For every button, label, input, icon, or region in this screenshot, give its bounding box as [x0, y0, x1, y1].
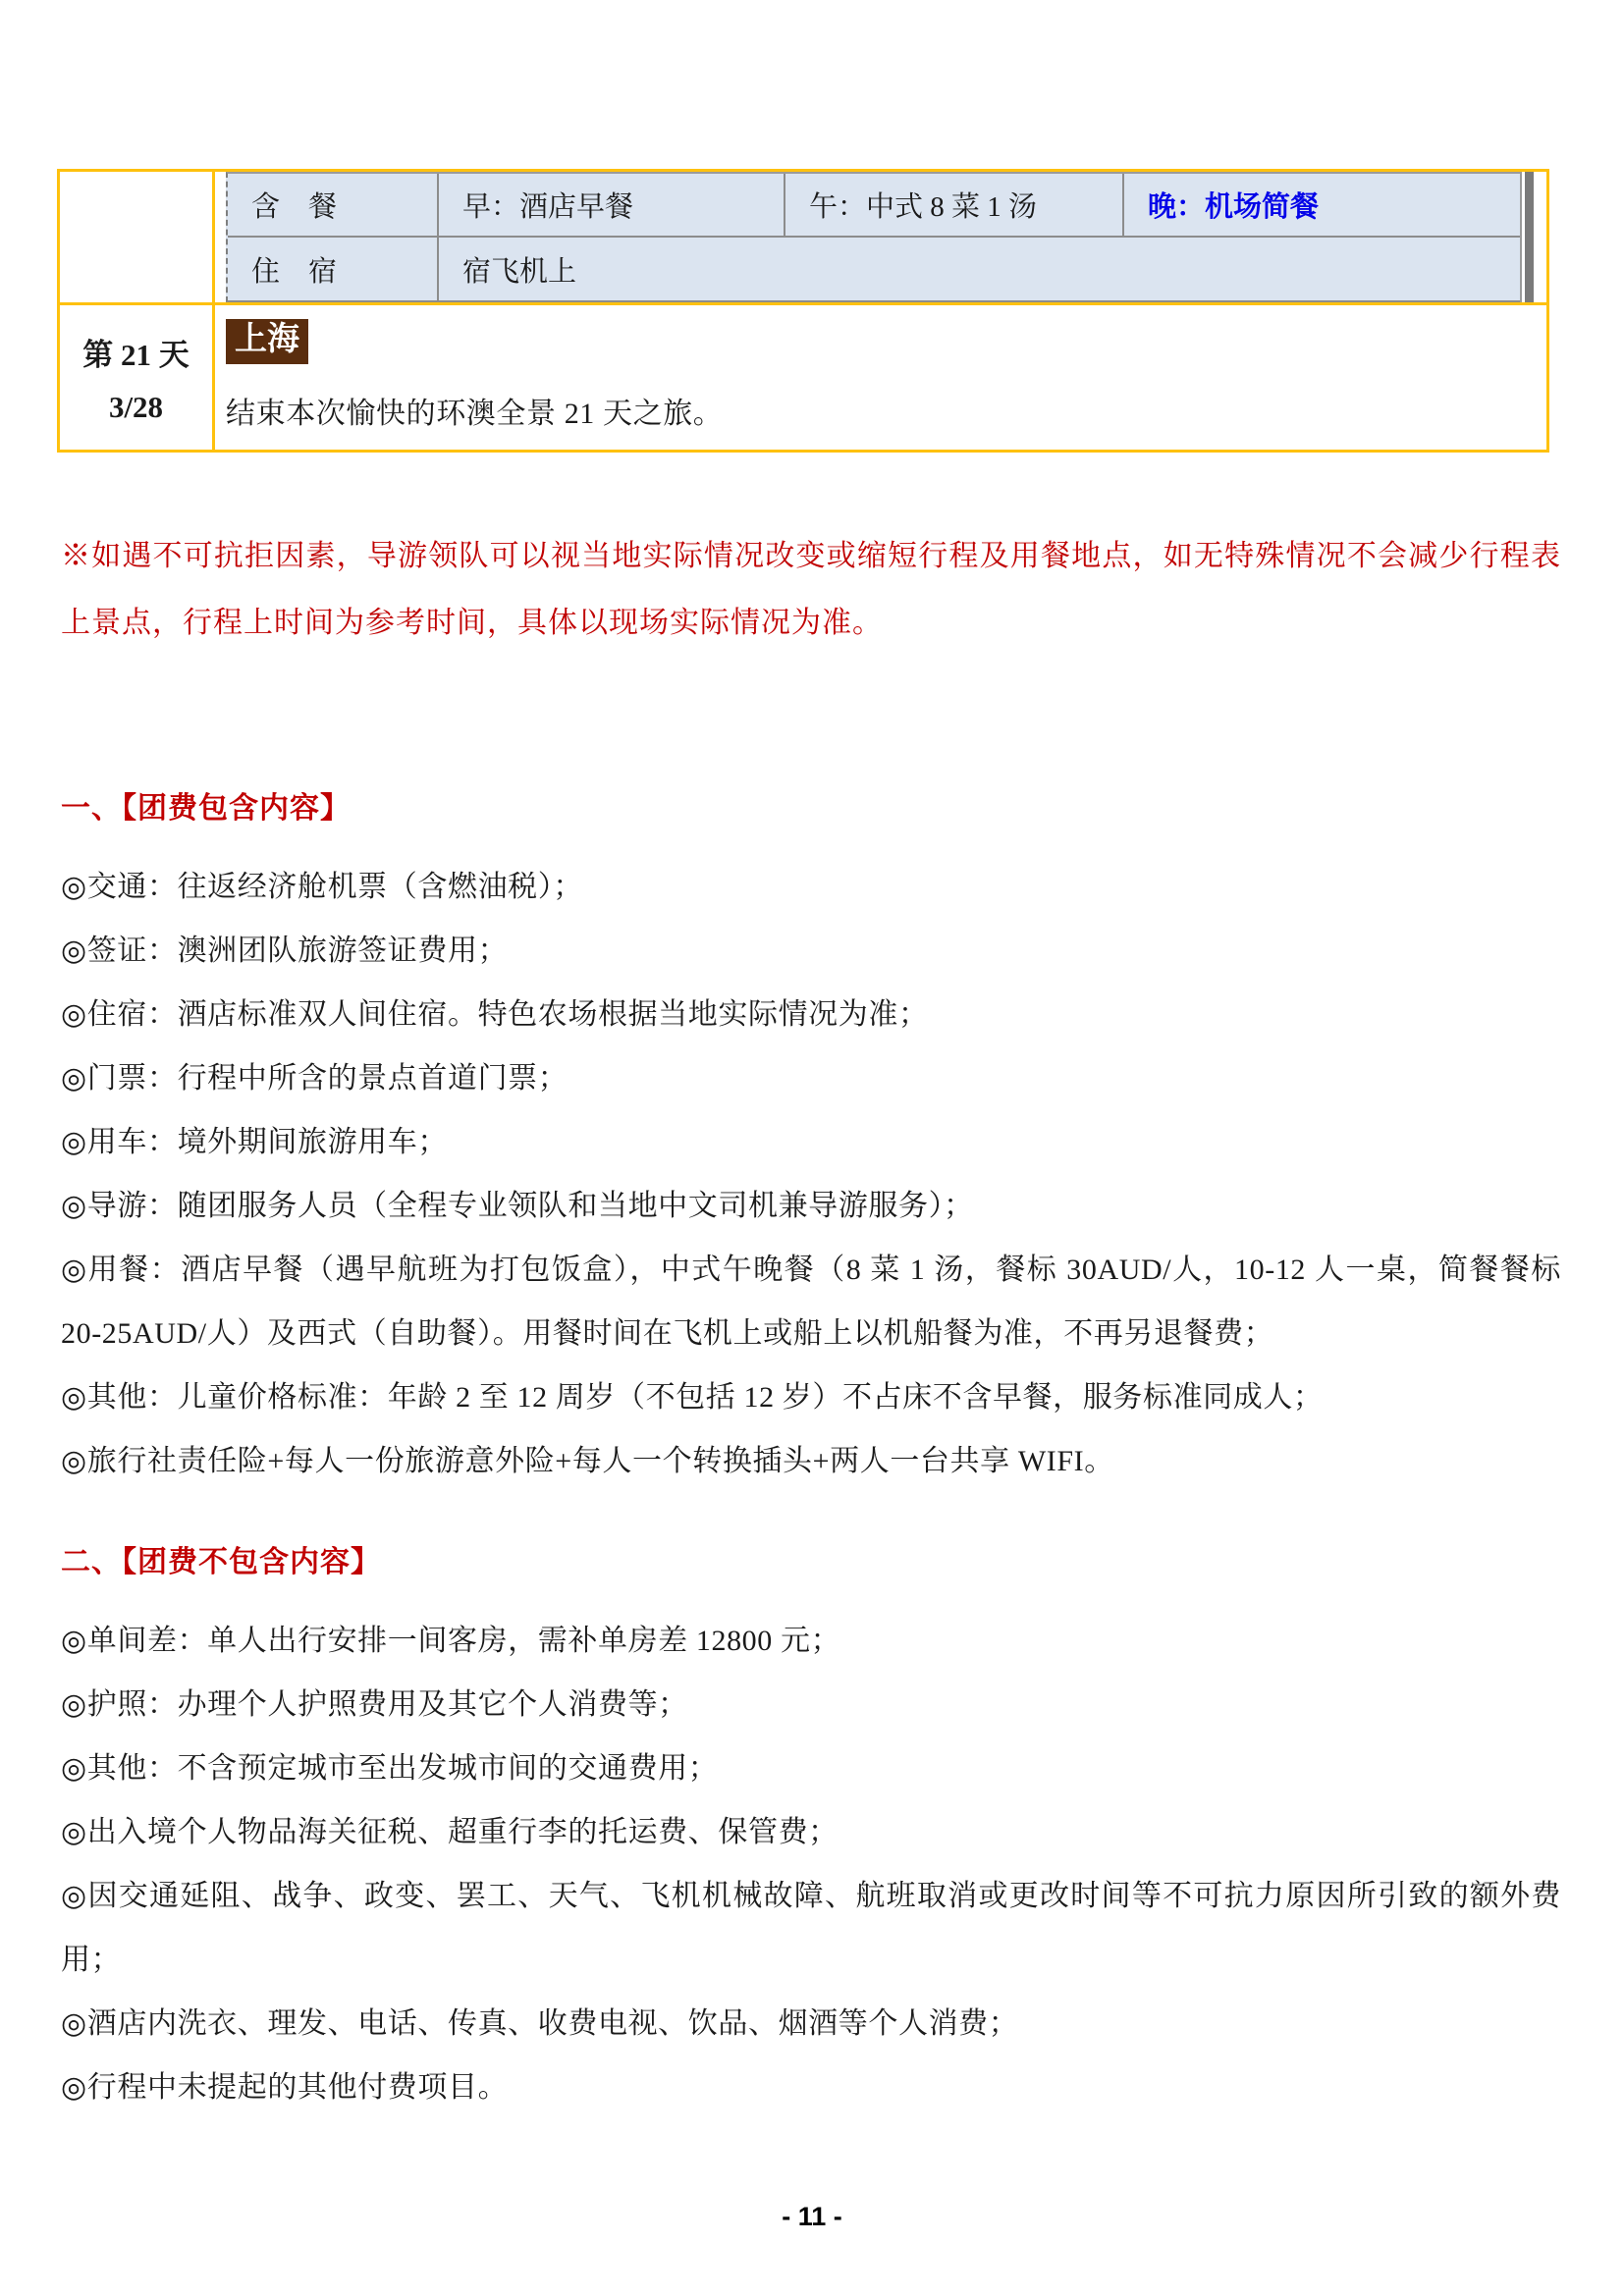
excluded-item: ◎因交通延阻、战争、政变、罢工、天气、飞机机械故障、航班取消或更改时间等不可抗力…: [61, 1864, 1561, 1992]
meals-lodging-nested-table: 含 餐 早：酒店早餐 午：中式 8 菜 1 汤 晚：机场简餐 住 宿 宿飞机上: [226, 172, 1520, 302]
force-majeure-notice: ※如遇不可抗拒因素，导游领队可以视当地实际情况改变或缩短行程及用餐地点，如无特殊…: [61, 523, 1561, 657]
page-number: - 11 -: [0, 2202, 1624, 2232]
section-title-excluded: 二、【团费不包含内容】: [61, 1542, 1561, 1583]
table-edge-bar: [1520, 172, 1534, 302]
included-item: ◎其他：儿童价格标准：年龄 2 至 12 周岁（不包括 12 岁）不占床不含早餐…: [61, 1365, 1561, 1429]
itinerary-table: 含 餐 早：酒店早餐 午：中式 8 菜 1 汤 晚：机场简餐 住 宿 宿飞机上 …: [57, 169, 1549, 453]
included-item: ◎住宿：酒店标准双人间住宿。特色农场根据当地实际情况为准；: [61, 983, 1561, 1046]
included-item: ◎用餐：酒店早餐（遇早航班为打包饭盒），中式午晚餐（8 菜 1 汤，餐标 30A…: [61, 1238, 1561, 1365]
excluded-item: ◎护照：办理个人护照费用及其它个人消费等；: [61, 1673, 1561, 1736]
included-item: ◎签证：澳洲团队旅游签证费用；: [61, 919, 1561, 983]
day-number: 第 21 天: [82, 330, 189, 374]
lunch-value: 午：中式 8 菜 1 汤: [785, 174, 1124, 236]
excluded-items-list: ◎单间差：单人出行安排一间客房，需补单房差 12800 元； ◎护照：办理个人护…: [61, 1609, 1561, 2119]
included-items-list: ◎交通：往返经济舱机票（含燃油税）； ◎签证：澳洲团队旅游签证费用； ◎住宿：酒…: [61, 855, 1561, 1493]
excluded-item: ◎单间差：单人出行安排一间客房，需补单房差 12800 元；: [61, 1609, 1561, 1673]
day-date: 3/28: [109, 390, 163, 425]
excluded-item: ◎行程中未提起的其他付费项目。: [61, 2056, 1561, 2119]
included-item: ◎用车：境外期间旅游用车；: [61, 1110, 1561, 1174]
day-detail-cell: 上海 结束本次愉快的环澳全景 21 天之旅。: [215, 305, 1546, 450]
day-header-cell: 第 21 天 3/28: [60, 305, 215, 450]
lodging-value: 宿飞机上: [439, 238, 1520, 300]
dinner-value: 晚：机场简餐: [1124, 174, 1520, 236]
meals-row: 含 餐 早：酒店早餐 午：中式 8 菜 1 汤 晚：机场简餐: [228, 174, 1520, 238]
included-item: ◎门票：行程中所含的景点首道门票；: [61, 1046, 1561, 1110]
page-body: ※如遇不可抗拒因素，导游领队可以视当地实际情况改变或缩短行程及用餐地点，如无特殊…: [61, 523, 1561, 2119]
day-column-empty-cell: [60, 172, 215, 302]
included-item: ◎导游：随团服务人员（全程专业领队和当地中文司机兼导游服务）；: [61, 1174, 1561, 1238]
excluded-item: ◎出入境个人物品海关征税、超重行李的托运费、保管费；: [61, 1800, 1561, 1864]
day-21-row: 第 21 天 3/28 上海 结束本次愉快的环澳全景 21 天之旅。: [60, 302, 1546, 450]
breakfast-value: 早：酒店早餐: [439, 174, 785, 236]
excluded-item: ◎酒店内洗衣、理发、电话、传真、收费电视、饮品、烟酒等个人消费；: [61, 1992, 1561, 2056]
document-page: 含 餐 早：酒店早餐 午：中式 8 菜 1 汤 晚：机场简餐 住 宿 宿飞机上 …: [0, 0, 1624, 2296]
day-description: 结束本次愉快的环澳全景 21 天之旅。: [226, 389, 1546, 432]
included-item: ◎旅行社责任险+每人一份旅游意外险+每人一个转换插头+两人一台共享 WIFI。: [61, 1429, 1561, 1493]
lodging-label: 住 宿: [228, 238, 439, 300]
excluded-item: ◎其他：不含预定城市至出发城市间的交通费用；: [61, 1736, 1561, 1800]
section-title-included: 一、【团费包含内容】: [61, 788, 1561, 829]
meals-label: 含 餐: [228, 174, 439, 236]
meals-lodging-cell: 含 餐 早：酒店早餐 午：中式 8 菜 1 汤 晚：机场简餐 住 宿 宿飞机上: [215, 172, 1546, 302]
included-item: ◎交通：往返经济舱机票（含燃油税）；: [61, 855, 1561, 919]
lodging-row: 住 宿 宿飞机上: [228, 238, 1520, 300]
city-chip: 上海: [226, 319, 308, 364]
meals-lodging-row: 含 餐 早：酒店早餐 午：中式 8 菜 1 汤 晚：机场简餐 住 宿 宿飞机上: [60, 172, 1546, 302]
